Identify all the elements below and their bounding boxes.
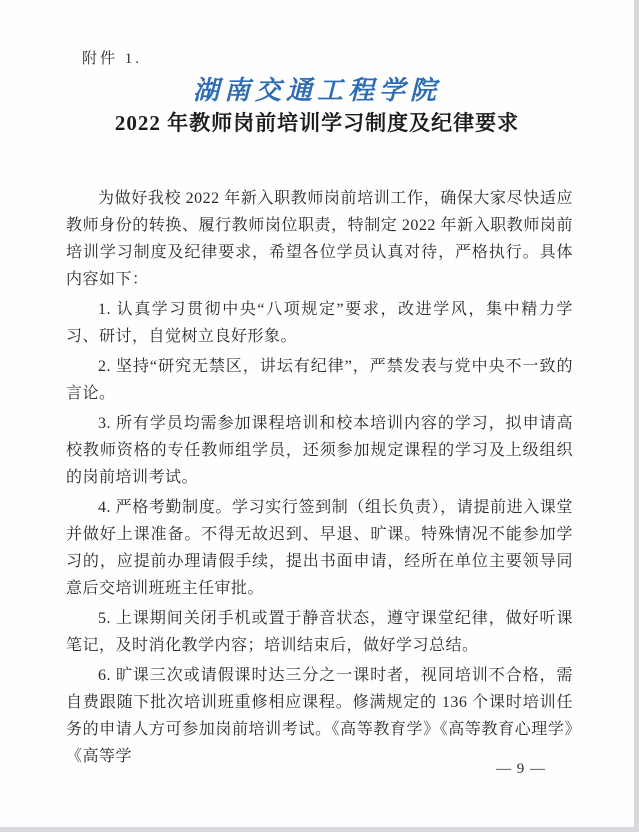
paragraph-item-1: 1. 认真学习贯彻中央“八项规定”要求，改进学风，集中精力学习、研讨，自觉树立良… xyxy=(66,296,573,350)
scanned-document-screen: 附件 1. 湖南交通工程学院 2022 年教师岗前培训学习制度及纪律要求 为做好… xyxy=(0,0,639,832)
attachment-label: 附件 1. xyxy=(82,47,142,68)
document-body: 为做好我校 2022 年新入职教师岗前培训工作，确保大家尽快适应教师身份的转换、… xyxy=(66,185,573,773)
page-number: — 9 — xyxy=(496,761,546,778)
document-page: 附件 1. 湖南交通工程学院 2022 年教师岗前培训学习制度及纪律要求 为做好… xyxy=(0,0,634,827)
school-name: 湖南交通工程学院 xyxy=(0,70,634,107)
paragraph-intro: 为做好我校 2022 年新入职教师岗前培训工作，确保大家尽快适应教师身份的转换、… xyxy=(66,185,573,293)
paragraph-item-6: 6. 旷课三次或请假课时达三分之一课时者，视同培训不合格，需自费跟随下批次培训班… xyxy=(66,662,573,770)
paragraph-item-4: 4. 严格考勤制度。学习实行签到制（组长负责），请提前进入课堂并做好上课准备。不… xyxy=(66,494,573,602)
paragraph-item-5: 5. 上课期间关闭手机或置于静音状态，遵守课堂纪律，做好听课笔记，及时消化教学内… xyxy=(66,605,573,659)
document-title: 2022 年教师岗前培训学习制度及纪律要求 xyxy=(0,107,634,137)
paragraph-item-2: 2. 坚持“研究无禁区，讲坛有纪律”，严禁发表与党中央不一致的言论。 xyxy=(66,353,573,407)
paragraph-item-3: 3. 所有学员均需参加课程培训和校本培训内容的学习，拟申请高校教师资格的专任教师… xyxy=(66,410,573,491)
